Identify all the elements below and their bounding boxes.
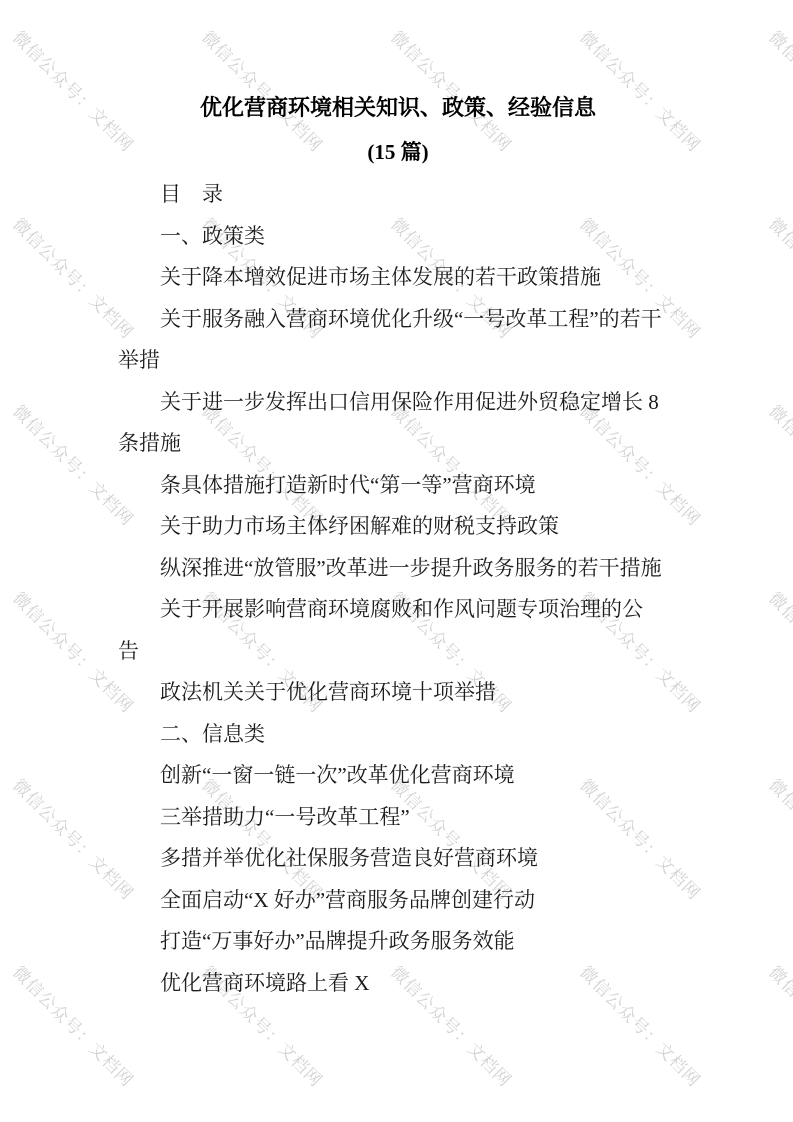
document-subtitle: (15 篇) [118,130,678,174]
toc-line: 关于降本增效促进市场主体发展的若干政策措施 [118,257,678,299]
toc-line: 告 [118,631,678,673]
watermark-text: 微信公众号：文档网 [764,398,793,530]
toc-line: 创新“一窗一链一次”改革优化营商环境 [118,755,678,797]
document-page: 微信公众号：文档网微信公众号：文档网微信公众号：文档网微信公众号：文档网微信公众… [0,0,793,1122]
toc-line: 纵深推进“放管服”改革进一步提升政务服务的若干措施 [118,548,678,590]
toc-line: 一、政策类 [118,216,678,258]
toc-line: 举措 [118,340,678,382]
toc-line: 关于助力市场主体纾困解难的财税支持政策 [118,506,678,548]
document-title: 优化营商环境相关知识、政策、经验信息 [118,86,678,130]
toc-line: 关于进一步发挥出口信用保险作用促进外贸稳定增长 8 [118,382,678,424]
watermark-text: 微信公众号：文档网 [764,585,793,717]
toc-line: 二、信息类 [118,714,678,756]
document-content: 优化营商环境相关知识、政策、经验信息 (15 篇) 目 录一、政策类关于降本增效… [118,86,678,1004]
toc-line: 关于服务融入营商环境优化升级“一号改革工程”的若干 [118,299,678,341]
toc-line: 三举措助力“一号改革工程” [118,797,678,839]
watermark-text: 微信公众号：文档网 [764,211,793,343]
toc-line: 关于开展影响营商环境腐败和作风问题专项治理的公 [118,589,678,631]
toc-line: 打造“万事好办”品牌提升政务服务效能 [118,921,678,963]
watermark-text: 微信公众号：文档网 [764,959,793,1091]
toc-line: 条具体措施打造新时代“第一等”营商环境 [118,465,678,507]
toc-line: 多措并举优化社保服务营造良好营商环境 [118,838,678,880]
toc-line: 全面启动“X 好办”营商服务品牌创建行动 [118,880,678,922]
toc-line: 条措施 [118,423,678,465]
toc-line: 政法机关关于优化营商环境十项举措 [118,672,678,714]
watermark-text: 微信公众号：文档网 [764,24,793,156]
toc-line: 目 录 [118,174,678,216]
watermark-text: 微信公众号：文档网 [764,772,793,904]
toc-line: 优化营商环境路上看 X [118,963,678,1005]
toc-lines: 目 录一、政策类关于降本增效促进市场主体发展的若干政策措施关于服务融入营商环境优… [118,174,678,1004]
